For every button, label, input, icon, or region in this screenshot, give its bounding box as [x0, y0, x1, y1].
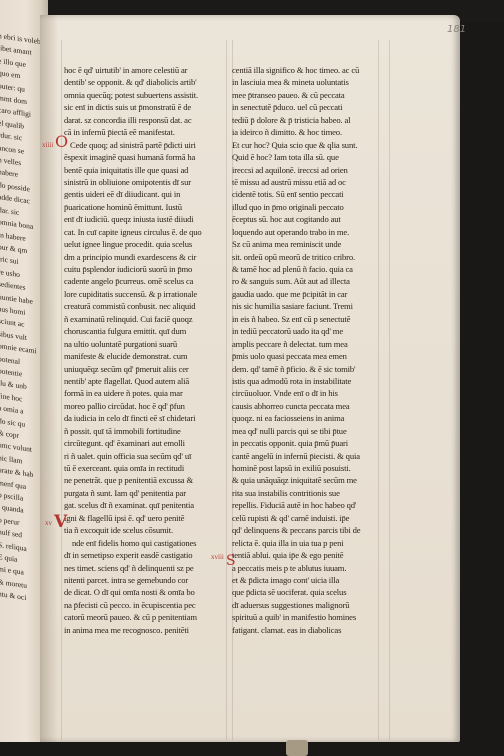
text-line: celū rupisti & qd' carnē induisti. ip̄e: [232, 512, 400, 524]
text-line: circūuoluor. Vnde enī o dī in his: [232, 387, 400, 399]
text-line: qd' delinquens & peccans parcis tibi de: [232, 524, 400, 536]
text-line: nde enī fidelis homo qui castigationes: [64, 537, 222, 549]
text-line: nentib' apte flagellat. Quod autem aliā: [64, 375, 222, 387]
text-line: choruscantia fulgura emittit. quī dum: [64, 325, 222, 337]
text-line: ñ possit. quī tā immobili fortitudine: [64, 425, 222, 437]
text-line: in peccatis opponit. quia p̄mū p̄uari: [232, 437, 400, 449]
text-line: uniuquēqz secūm qd' p̄meruit aliis cer: [64, 363, 222, 375]
text-line: et & p̄dicta imago cont' uicia illa: [232, 574, 400, 586]
text-line: ñ examinatū relinquid. Cui faciē quoqz: [64, 313, 222, 325]
text-line: omnia quecūq; potest subuertens assistit…: [64, 89, 222, 101]
text-line: relicta ē. quia illa in uia tua p peni: [232, 537, 400, 549]
text-line: gat. scelus dī ñ examinat. quī penitenti…: [64, 499, 222, 511]
text-line: ēceptus sū. hoc aut cogitando aut: [232, 213, 400, 225]
text-line: purgata ñ sunt. Iam qd' penitentia par: [64, 487, 222, 499]
text-line: spirituū a quib' in manifestio homines: [232, 611, 400, 623]
text-line: & quia unāquāqz iniquitatē secūm me: [232, 474, 400, 486]
text-line: tū ē exerceant. quia omīa in rectitudi: [64, 462, 222, 474]
text-line: formā in ea uidere ñ potes. quia mar: [64, 387, 222, 399]
bookmark-tab: [286, 740, 308, 756]
text-line: mea qd' nulli parcis qui se tibi p̄tue: [232, 425, 400, 437]
text-line: dm a principio mundi exardescens & cir: [64, 251, 222, 263]
text-line: loquendo aut operando trabo in me.: [232, 226, 400, 238]
rubric-initial-v: V: [54, 512, 67, 532]
text-line: bentē quia iniquitatis ille que quasi ad: [64, 164, 222, 176]
text-line: lore cupiditatis succensū. & p irrationa…: [64, 288, 222, 300]
text-line: fatigant. clamat. eas in diabolicas: [232, 624, 400, 636]
text-line: in anima mea me recognosco. penitēti: [64, 624, 222, 636]
text-line: dem. qd' tamē ñ p̄ficio. & ē sic tomib': [232, 363, 400, 375]
text-line: na p̄fecisti cū pecco. in ēcupiscentia p…: [64, 599, 222, 611]
text-line: igni & flagellū ipsi ē. qd' uero penitē: [64, 512, 222, 524]
text-line: istis qua admodū rota in instabilitate: [232, 375, 400, 387]
text-line: cadente angelo p̄curreus. omē scelus ca: [64, 275, 222, 287]
text-line: quoqz. ni ea faciosseiens in anima: [232, 412, 400, 424]
text-line: sinistrū in obliuione omipotentis dī sur: [64, 176, 222, 188]
text-line: tediū p̄ dolore & p̄ tristicia habeo. al: [232, 114, 400, 126]
rubric-chapter-marker: xiiii: [42, 141, 53, 149]
text-line: p̄uaricatione hominū ēmittunt. Iustū: [64, 201, 222, 213]
text-line: ne penetrāt. que p penitentiā excussa &: [64, 474, 222, 486]
text-line: Et cur hoc? Quia scio que & qlia sunt.: [232, 139, 400, 151]
text-line: que p̄dicta sē uociferat. quia scelus: [232, 586, 400, 598]
text-line: nitenti parcet. intra se gemebundo cor: [64, 574, 222, 586]
text-line: hominē post lapsū in exiliū posuisti.: [232, 462, 400, 474]
text-line: moreo pallio circūdat. hoc ē qd' p̄fun: [64, 400, 222, 412]
text-line: cat. In cuī capite igneus circulus ē. de…: [64, 226, 222, 238]
ruling-line: [226, 40, 227, 740]
text-line: illud quo in p̄mo originali peccato: [232, 201, 400, 213]
text-line: cantē angelū in infernū p̄iecisti. & qui…: [232, 450, 400, 462]
text-line: catorū meorū paueo. & cū p penitentiam: [64, 611, 222, 623]
text-line: cuitu p̄splendor iudiciorū suorū in p̄mo: [64, 263, 222, 275]
text-line: hoc ē qd' uirtutib' in amore celestiū ar: [64, 64, 222, 76]
text-line: dentib' se opponit. & qd' diabolicis art…: [64, 76, 222, 88]
text-line: cā in infernū p̄iectā eē manifestat.: [64, 126, 222, 138]
text-line: Quid ē hoc? Iam tota illa sū. que: [232, 151, 400, 163]
text-line: in lasciuia mea & mineta uoluntatis: [232, 76, 400, 88]
text-line: tia ñ excoquit ide scelus cōsumit.: [64, 524, 222, 536]
text-line: manifeste & elucide demonstrat. cum: [64, 350, 222, 362]
text-line: gentis uideri eē dī diiudicant. qui in: [64, 188, 222, 200]
text-line: a peccatis meis p te ablutus iuuam.: [232, 562, 400, 574]
text-line: da iudicia in celo dī fincti eē sī chide…: [64, 412, 222, 424]
text-line: ri ñ ualet. quin officia sua secūm qd' u…: [64, 450, 222, 462]
text-line: & tamē hoc ad plenū ñ facio. quia ca: [232, 263, 400, 275]
rubric-initial-o: O: [55, 132, 68, 151]
text-line: ireccsi ad aquilonē. ireccsi ad orien: [232, 164, 400, 176]
gutter-shadow: [40, 15, 58, 742]
text-line: darat. sz concordia illi responsū dat. a…: [64, 114, 222, 126]
text-line: creaturā commistū conbusit. nec aliquid: [64, 300, 222, 312]
text-line: mee p̄transeo paueo. & cū peccata: [232, 89, 400, 101]
text-column-left: hoc ē qd' uirtutib' in amore celestiū ar…: [64, 64, 222, 636]
text-line: in senectutē p̄duco. uel cū peccati: [232, 101, 400, 113]
text-line: in tediū peccatorū uado ita qd' me: [232, 325, 400, 337]
text-line: ia ideirco ñ dimitto. & hoc timeo.: [232, 126, 400, 138]
text-line: p̄mis uolo quasi peccata mea emen: [232, 350, 400, 362]
text-line: in eis ñ habeo. Sz enī cū p senectutē: [232, 313, 400, 325]
text-line: centiā illa significo & hoc timeo. ac cū: [232, 64, 400, 76]
text-line: na ultio uoluntatē purgationi suarū: [64, 338, 222, 350]
rubric-chapter-marker: xviii: [211, 553, 224, 561]
text-line: rita sua instabilis contritionis sue: [232, 487, 400, 499]
text-line: sic enī in dictis suis ut p̄monstratū ē …: [64, 101, 222, 113]
rubric-chapter-marker: xv: [45, 519, 52, 527]
text-line: repellis. Fiduciā autē in hoc habeo qd': [232, 499, 400, 511]
text-line: de dicat. O dī qui omīa nosti & omīa bo: [64, 586, 222, 598]
text-line: ro & sanguis sum. Aūt aut ad illecta: [232, 275, 400, 287]
text-line: enī dī iudiciū. queqz iniusta iustē diiu…: [64, 213, 222, 225]
text-line: sit. ordeū opū meorū de tritico cribro.: [232, 251, 400, 263]
text-line: gaudia uado. que me p̄cipitāt in car: [232, 288, 400, 300]
text-line: ēspexit imaginē quasi humanā formā ha: [64, 151, 222, 163]
text-line: Cede quoq; ad sinistrā partē p̄dicti uir…: [64, 139, 222, 151]
text-line: tentiā ablui. quia ip̄e & ego penitē: [232, 549, 400, 561]
text-line: nis sic humilia sasiare faciunt. Tremi: [232, 300, 400, 312]
text-line: amplis peccare ñ delectat. tum mea: [232, 338, 400, 350]
text-line: dī in semetipso experit easdē castigatio: [64, 549, 222, 561]
text-line: dī aduersus suggestiones malignorū: [232, 599, 400, 611]
text-line: cidentē totis. Sū enī sentio peccati: [232, 188, 400, 200]
text-line: circūtegunt. qd' ēxaminari aut emolli: [64, 437, 222, 449]
text-column-right: centiā illa significo & hoc timeo. ac cū…: [232, 64, 400, 636]
text-line: causis abhorreo cuncta peccata mea: [232, 400, 400, 412]
rubric-initial-s: S: [226, 553, 236, 569]
text-line: tē missu ad austrū missu etiā ad oc: [232, 176, 400, 188]
text-line: uelut ignee lingue procedit. quia scelus: [64, 238, 222, 250]
text-line: Sz cū anima mea reminiscit unde: [232, 238, 400, 250]
folio-number: 181: [447, 24, 466, 35]
text-line: nes timet. sciens qd' ñ delinquenti sz p…: [64, 562, 222, 574]
